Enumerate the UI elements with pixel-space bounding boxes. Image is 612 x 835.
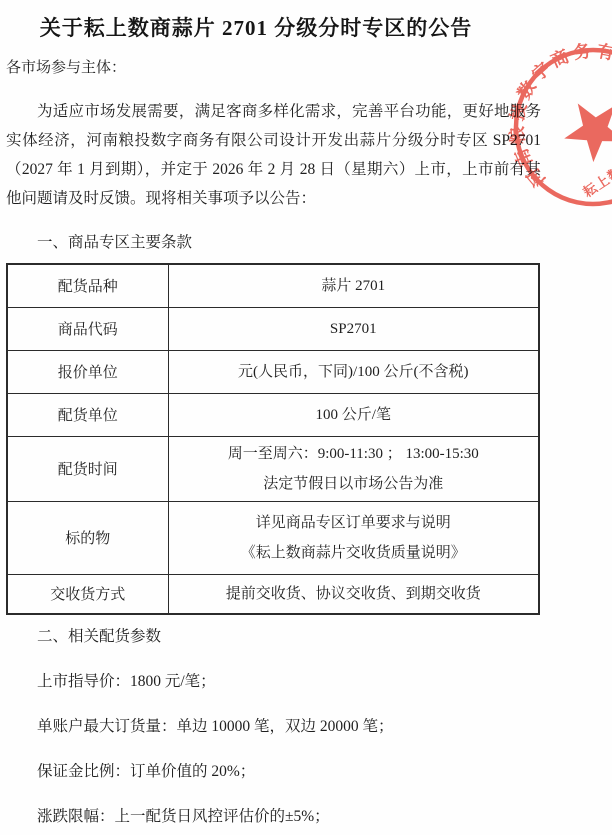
table-row: 配货品种蒜片 2701	[7, 264, 539, 307]
row-label: 配货单位	[7, 393, 168, 436]
table-row: 标的物详见商品专区订单要求与说明《耘上数商蒜片交收货质量说明》	[7, 501, 539, 574]
announcement-document: 关于耘上数商蒜片 2701 分级分时专区的公告 各市场参与主体： 为适应市场发展…	[0, 0, 612, 835]
row-value: 详见商品专区订单要求与说明《耘上数商蒜片交收货质量说明》	[168, 501, 539, 574]
row-value: 提前交收货、协议交收货、到期交收货	[168, 574, 539, 614]
table-row: 配货单位100 公斤/笔	[7, 393, 539, 436]
row-label: 配货品种	[7, 264, 168, 307]
section-heading-parameters: 二、相关配货参数	[6, 626, 612, 648]
parameter-line: 保证金比例：订单价值的 20%；	[6, 761, 546, 783]
row-value-line: 100 公斤/笔	[173, 400, 535, 430]
row-value-line: 提前交收货、协议交收货、到期交收货	[173, 579, 535, 609]
stamp-banner-text: 耘上数字运营	[580, 139, 612, 200]
row-label: 配货时间	[7, 436, 168, 501]
row-value: 元(人民币，下同)/100 公斤(不含税)	[168, 350, 539, 393]
row-value-line: 元(人民币，下同)/100 公斤(不含税)	[173, 357, 535, 387]
parameter-line: 上市指导价：1800 元/笔；	[6, 671, 546, 693]
row-value: SP2701	[168, 307, 539, 350]
row-value-line: 法定节假日以市场公告为准	[173, 469, 535, 499]
row-label: 报价单位	[7, 350, 168, 393]
row-value-line: 周一至周六：9:00-11:30 ； 13:00-15:30	[173, 439, 535, 469]
terms-table: 配货品种蒜片 2701商品代码SP2701报价单位元(人民币，下同)/100 公…	[6, 263, 540, 615]
parameter-line: 单账户最大订货量：单边 10000 笔，双边 20000 笔；	[6, 716, 546, 738]
row-value: 蒜片 2701	[168, 264, 539, 307]
row-value-line: SP2701	[173, 314, 535, 344]
page-title: 关于耘上数商蒜片 2701 分级分时专区的公告	[6, 12, 506, 44]
table-row: 商品代码SP2701	[7, 307, 539, 350]
table-row: 交收货方式提前交收货、协议交收货、到期交收货	[7, 574, 539, 614]
parameter-line: 涨跌限幅：上一配货日风控评估价的±5%；	[6, 806, 546, 828]
row-value: 周一至周六：9:00-11:30 ； 13:00-15:30法定节假日以市场公告…	[168, 436, 539, 501]
row-value-line: 蒜片 2701	[173, 271, 535, 301]
row-label: 商品代码	[7, 307, 168, 350]
table-row: 配货时间周一至周六：9:00-11:30 ； 13:00-15:30法定节假日以…	[7, 436, 539, 501]
salutation: 各市场参与主体：	[6, 57, 612, 79]
parameters-list: 上市指导价：1800 元/笔；单账户最大订货量：单边 10000 笔，双边 20…	[6, 671, 546, 828]
row-label: 交收货方式	[7, 574, 168, 614]
row-value-line: 《耘上数商蒜片交收货质量说明》	[173, 538, 535, 568]
row-value: 100 公斤/笔	[168, 393, 539, 436]
row-value-line: 详见商品专区订单要求与说明	[173, 508, 535, 538]
stamp-star-icon	[552, 87, 612, 168]
table-row: 报价单位元(人民币，下同)/100 公斤(不含税)	[7, 350, 539, 393]
intro-paragraph: 为适应市场发展需要，满足客商多样化需求，完善平台功能，更好地服务实体经济，河南粮…	[6, 97, 541, 213]
section-heading-terms: 一、商品专区主要条款	[6, 232, 612, 254]
row-label: 标的物	[7, 501, 168, 574]
